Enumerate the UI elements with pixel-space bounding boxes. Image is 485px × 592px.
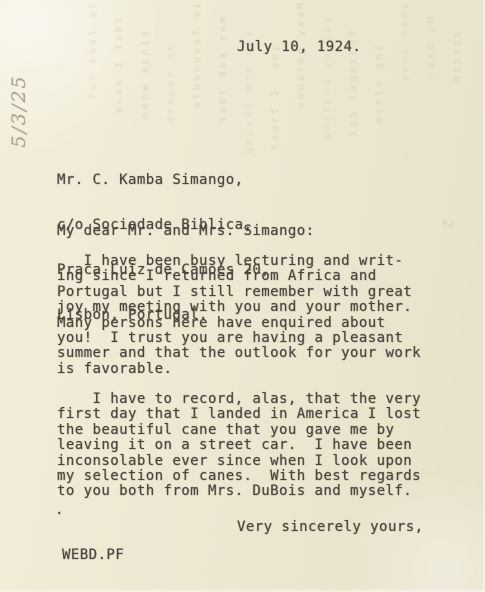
closing: Very sincerely yours, bbox=[237, 520, 423, 535]
bleedthrough-column: taht dna rem bbox=[218, 14, 229, 122]
bleedthrough-column: ysub neeb bbox=[400, 0, 411, 81]
bleedthrough-column: drocer ot bbox=[166, 42, 177, 123]
paragraph-1: I have been busy lecturing and writ- ing… bbox=[57, 254, 421, 377]
bleedthrough-column: nobsiL bbox=[452, 28, 463, 82]
bleedthrough-column: raed yM bbox=[426, 14, 437, 77]
paragraph-2: I have to record, alas, that the very fi… bbox=[57, 392, 421, 500]
bleedthrough-column: rof kool ot bbox=[88, 0, 99, 99]
bleedthrough-column: nehw ecnis bbox=[140, 28, 151, 118]
bleedthrough-page-number: 2 bbox=[439, 220, 455, 228]
bleedthrough-column: elbarovaf si bbox=[192, 0, 203, 108]
salutation: My dear Mr. and Mrs. Simango: bbox=[57, 224, 314, 239]
handwritten-date-annotation: 5/3/25 bbox=[8, 55, 30, 167]
bleedthrough-column: ecnis gni bbox=[374, 42, 385, 123]
bleedthrough-column: gniteem ym joy bbox=[322, 14, 333, 140]
letter-page: rof kool otevah I tahtnehw ecnisdrocer o… bbox=[0, 0, 485, 592]
stray-mark: . bbox=[55, 503, 64, 518]
bleedthrough-column: tsurt I uoy bbox=[270, 42, 281, 150]
letter-date: July 10, 1924. bbox=[237, 40, 361, 55]
typist-initials: WEBD.PF bbox=[62, 548, 124, 563]
address-line: Mr. C. Kamba Simango, bbox=[57, 173, 270, 188]
bleedthrough-column: evah I taht bbox=[114, 14, 125, 113]
